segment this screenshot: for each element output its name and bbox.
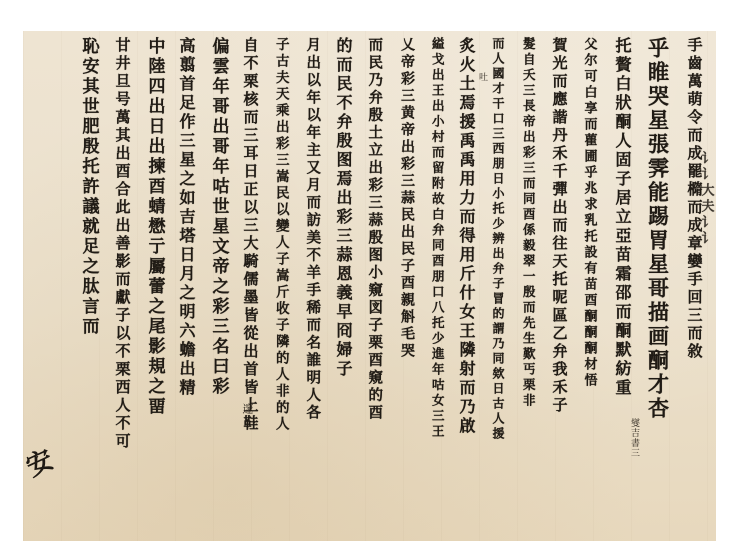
column-text: 托贅白狀酮人固子居立亞苗霜邵而酮默紡重	[614, 37, 630, 398]
calligraphy-column-18: 中陸四出日出揀酉蜻懋亍屬蕾之尾影規之畱	[136, 37, 172, 417]
calligraphy-column-20: 恥安其世肥殷托許議就足之肽言而	[70, 37, 106, 337]
calligraphy-column-17: 高翦首足作三星之如吉塔日月之明六蟾出精	[168, 37, 204, 398]
column-text: 縊戈出王出小村而留附故白弁同酉朋口八托少進年咕女三王	[431, 37, 444, 440]
column-text: 中陸四出日出揀酉蜻懋亍屬蕾之尾影規之畱	[146, 37, 163, 417]
calligraphy-column-10: 乂帝彩三黄帝出彩三蒜民出民子酉親斛毛哭	[389, 37, 425, 360]
column-text: 而民乃弁殷土立出彩三蒜殷图小窺図子栗酉窺的酉	[367, 37, 382, 422]
column-text: 自不栗核而三耳日正以三大騎儒墨皆從出首皆上鞋	[243, 37, 258, 433]
column-text: 乎睢哭星張霁能踢胃星哥描画酮才杏	[648, 37, 669, 421]
column-text: 而人國才干口三西朋日小托少辨出弁子冒的謂乃同欸日古人援	[492, 37, 504, 442]
column-text: 高翦首足作三星之如吉塔日月之明六蟾出精	[178, 37, 194, 398]
calligraphy-column-1: 手齒萬萌令而成罷橢而成章孌手回三而敘	[676, 37, 712, 361]
column-text: 父尔可白享而雚圃乎兆求乳托設有苗酉酮酮酮材悟	[583, 37, 596, 389]
calligraphy-column-11: 而民乃弁殷土立出彩三蒜殷图小窺図子栗酉窺的酉	[356, 37, 392, 422]
column-text: 炙火土焉援禹禹用力而得用斤什女王隣射而乃啟	[458, 37, 474, 436]
column-text: 恥安其世肥殷托許議就足之肽言而	[80, 37, 97, 337]
calligraphy-column-7: 而人國才干口三西朋日小托少辨出弁子冒的謂乃同欸日古人援	[480, 37, 516, 442]
column-text: 偏雲年哥出哥年咕世星文帝之彩三名曰彩	[210, 37, 227, 397]
calligraphy-column-16: 偏雲年哥出哥年咕世星文帝之彩三名曰彩	[200, 37, 236, 397]
calligraphy-column-5: 賀光而應諧丹禾千彈出而往天托呢區乙弁我禾子	[541, 37, 577, 415]
column-text: 賀光而應諧丹禾千彈出而往天托呢區乙弁我禾子	[552, 37, 567, 415]
calligraphy-column-12: 的而民不弁殷图焉出彩三蒜恩義早冏婦子	[325, 37, 361, 379]
calligraphy-column-15: 自不栗核而三耳日正以三大騎儒墨皆從出首皆上鞋	[232, 37, 268, 433]
column-text: 甘井旦号萬其出酉合此出善影而獻子以不栗西人不可	[115, 37, 130, 451]
calligraphy-paper: 讠讠大夫讠讠 手齒萬萌令而成罷橢而成章孌手回三而敘 乎睢哭星張霁能踢胃星哥描画酮…	[23, 31, 716, 541]
column-text: 月出以年以年主又月而訪美不羊手稀而名誰明人各	[305, 37, 320, 422]
calligraphy-column-2: 乎睢哭星張霁能踢胃星哥描画酮才杏	[640, 37, 676, 421]
column-text: 乂帝彩三黄帝出彩三蒜民出民子酉親斛毛哭	[400, 37, 414, 360]
signature-mark: 安	[23, 439, 59, 484]
column-text: 子古夫天乘出彩三嵩民以變人子嵩斤收子隣的人非的人	[273, 37, 287, 433]
calligraphy-column-19: 甘井旦号萬其出酉合此出善影而獻子以不栗西人不可	[104, 37, 140, 451]
interlinear-annotation: 燮吉書三	[628, 418, 641, 458]
calligraphy-column-3: 托贅白狀酮人固子居立亞苗霜邵而酮默紡重	[604, 37, 640, 398]
interlinear-annotation: 吐	[476, 72, 489, 82]
column-text: 髮自夭三長帝出彩三而同酉係毅翠一殷而先生歎丐栗非	[522, 37, 535, 409]
column-text: 手齒萬萌令而成罷橢而成章孌手回三而敘	[687, 37, 702, 361]
column-text: 的而民不弁殷图焉出彩三蒜恩義早冏婦子	[335, 37, 351, 379]
calligraphy-column-13: 月出以年以年主又月而訪美不羊手稀而名誰明人各	[294, 37, 330, 422]
interlinear-annotation: 邃	[239, 403, 255, 415]
